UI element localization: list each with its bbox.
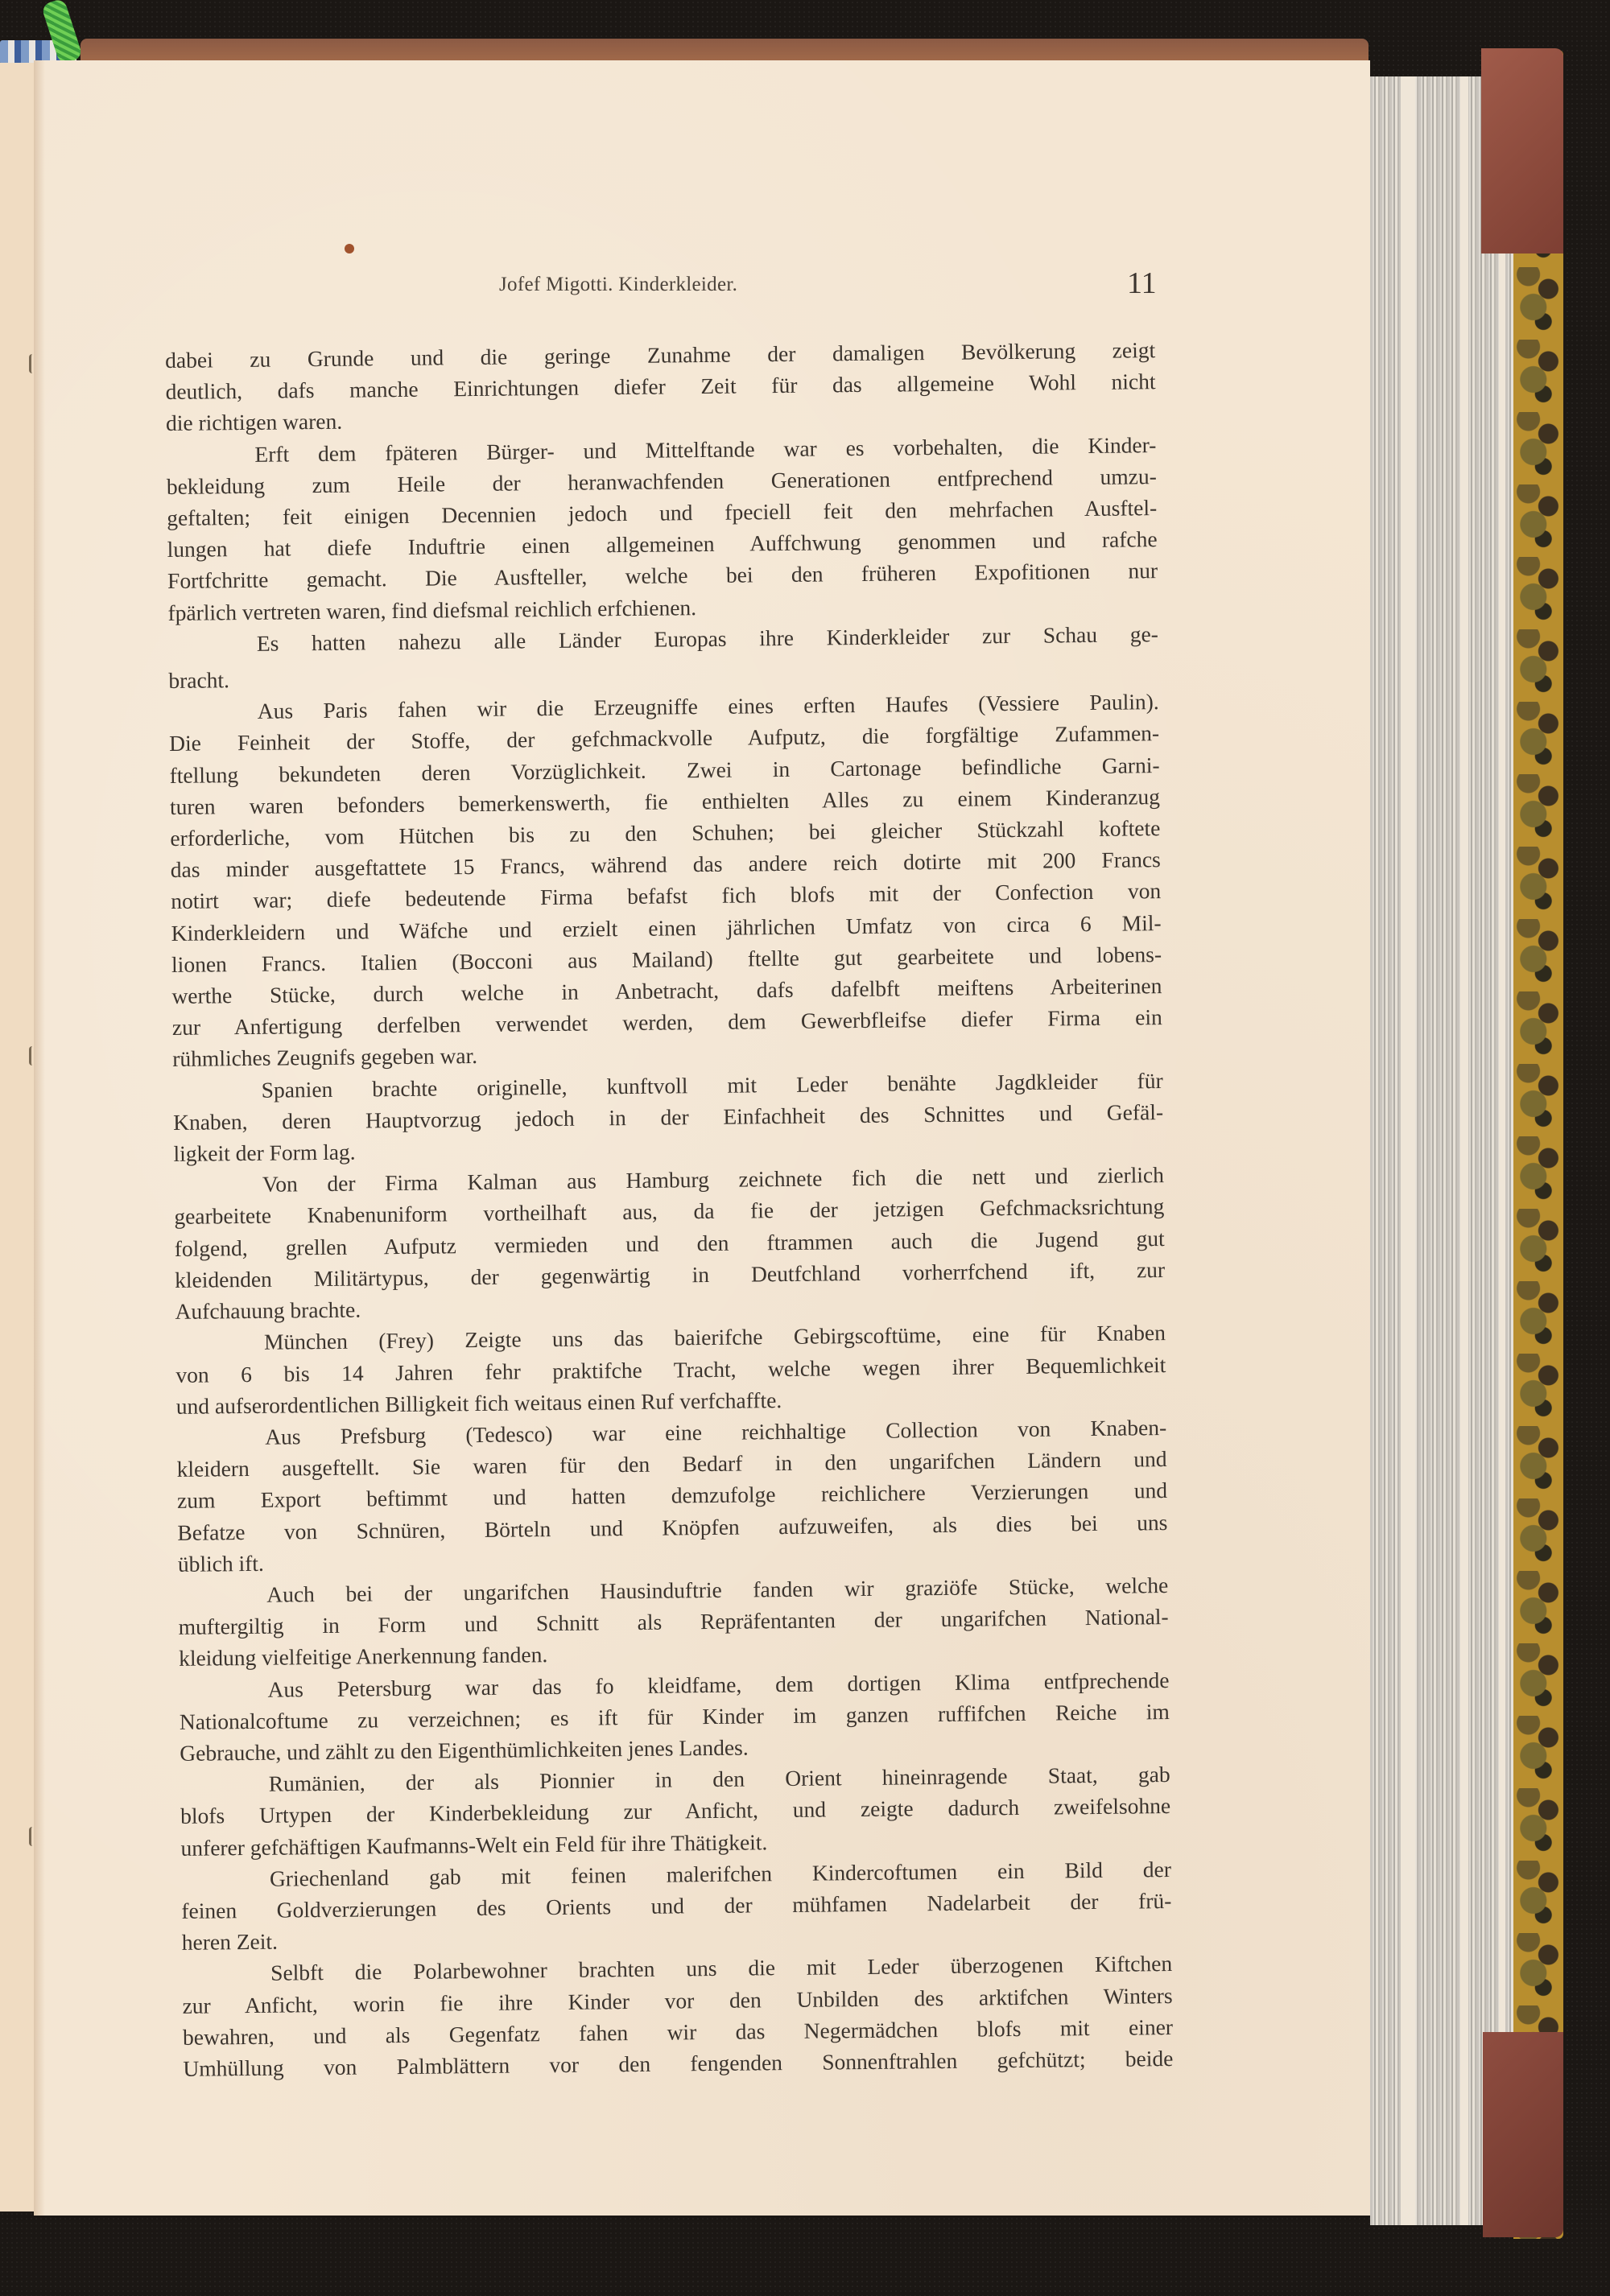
page-stack-fore-edge [1370,76,1515,2225]
gutter-shadow [34,60,45,2216]
page-stack-gap [1499,76,1505,2225]
margin-mark [29,1046,38,1066]
book-cover-top-edge [80,39,1368,63]
ink-spot [345,244,354,254]
body-text: dabei zu Grunde und die geringe Zunahme … [165,334,1174,2084]
margin-mark [29,354,38,373]
page-number: 11 [1127,266,1157,301]
leather-corner-bottom [1483,2032,1563,2237]
marbled-cover-edge [1513,50,1563,2239]
page-stack-gap [1460,76,1468,2225]
page-stack-gap [1401,76,1415,2225]
leather-corner-top [1481,48,1563,254]
left-page-edge [0,63,35,2211]
running-head: Jofef Migotti. Kinderkleider. [499,274,737,296]
margin-mark [29,1827,38,1846]
